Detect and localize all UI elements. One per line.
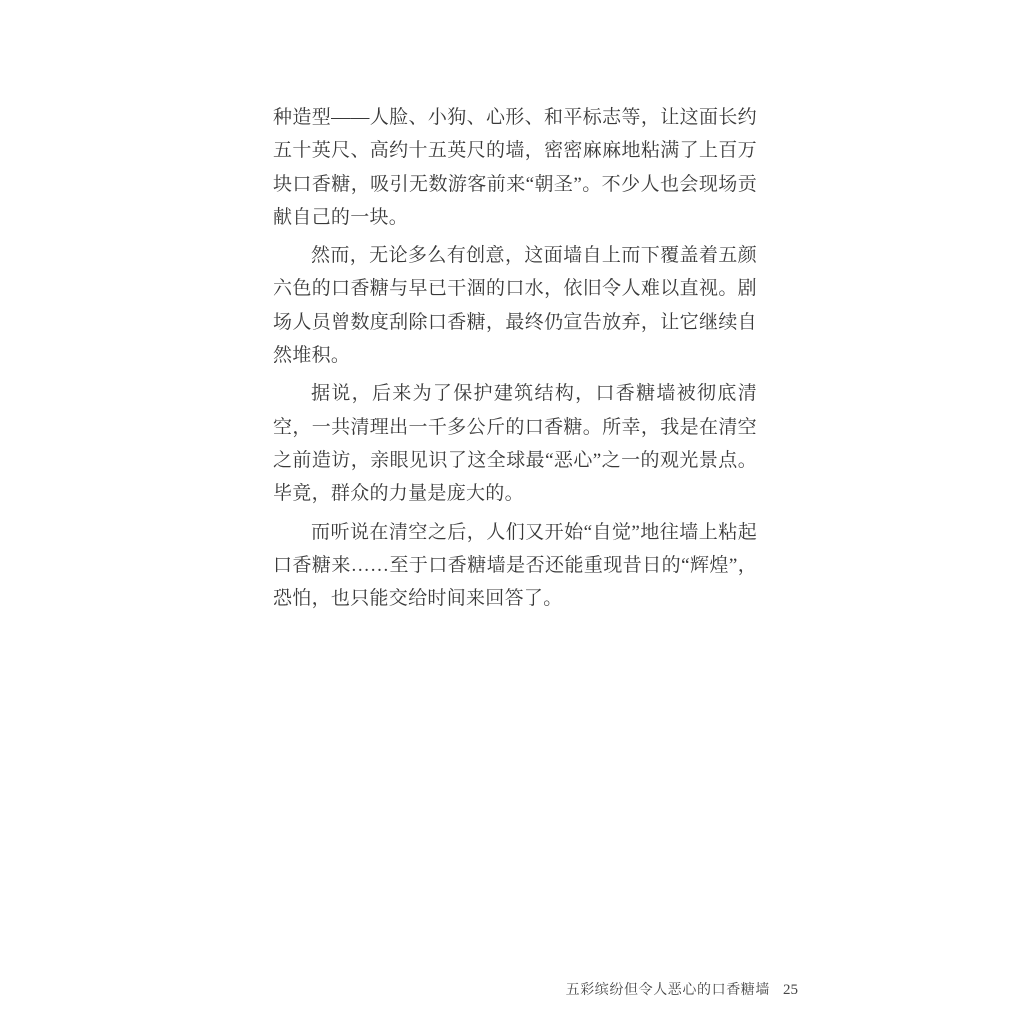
body-paragraph: 然而，无论多么有创意，这面墙自上而下覆盖着五颜六色的口香糖与早已干涸的口水，依旧… [273, 239, 757, 372]
page-footer: 五彩缤纷但令人恶心的口香糖墙 25 [566, 979, 798, 999]
body-paragraph: 种造型——人脸、小狗、心形、和平标志等，让这面长约五十英尺、高约十五英尺的墙，密… [273, 101, 757, 234]
body-paragraph: 据说，后来为了保护建筑结构，口香糖墙被彻底清空，一共清理出一千多公斤的口香糖。所… [273, 377, 757, 510]
page-number: 25 [783, 982, 798, 999]
text-block: 种造型——人脸、小狗、心形、和平标志等，让这面长约五十英尺、高约十五英尺的墙，密… [273, 101, 757, 620]
running-title: 五彩缤纷但令人恶心的口香糖墙 [566, 979, 770, 999]
body-paragraph: 而听说在清空之后，人们又开始“自觉”地往墙上粘起口香糖来……至于口香糖墙是否还能… [273, 516, 757, 616]
book-page: 种造型——人脸、小狗、心形、和平标志等，让这面长约五十英尺、高约十五英尺的墙，密… [0, 0, 1024, 1024]
